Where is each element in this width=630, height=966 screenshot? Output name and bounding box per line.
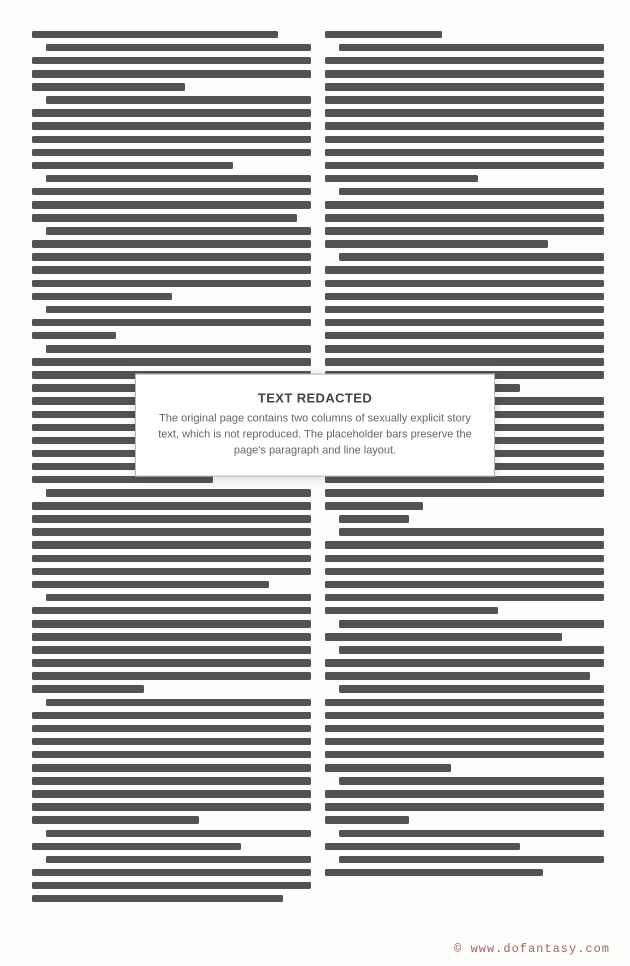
text-line-bar — [339, 188, 604, 196]
text-line-bar — [32, 214, 297, 222]
text-line-bar — [32, 332, 116, 340]
text-line-bar — [32, 201, 311, 209]
text-line-bar — [32, 685, 144, 693]
text-line-bar — [32, 712, 311, 720]
text-line-bar — [32, 803, 311, 811]
text-line-bar — [32, 633, 311, 641]
text-line-bar — [32, 83, 185, 91]
text-line-bar — [325, 214, 604, 222]
text-line-bar — [325, 699, 604, 707]
text-line-bar — [32, 476, 213, 484]
text-line-bar — [32, 280, 311, 288]
text-line-bar — [339, 830, 604, 838]
text-line-bar — [46, 96, 311, 104]
text-line-bar — [32, 725, 311, 733]
text-line-bar — [325, 109, 604, 117]
text-line-bar — [32, 31, 278, 39]
paragraph-redacted — [325, 41, 604, 185]
text-line-bar — [325, 607, 498, 615]
text-line-bar — [339, 856, 604, 864]
text-line-bar — [339, 620, 604, 628]
text-line-bar — [32, 764, 311, 772]
paragraph-redacted — [32, 303, 311, 342]
text-line-bar — [32, 869, 311, 877]
paragraph-redacted — [325, 28, 604, 41]
redaction-body: The original page contains two columns o… — [154, 412, 476, 460]
paragraph-redacted — [32, 853, 311, 905]
text-line-bar — [32, 502, 311, 510]
text-line-bar — [32, 149, 311, 157]
text-line-bar — [325, 122, 604, 130]
paragraph-redacted — [32, 486, 311, 591]
text-line-bar — [32, 555, 311, 563]
text-line-bar — [32, 293, 172, 301]
text-line-bar — [32, 790, 311, 798]
text-line-bar — [32, 751, 311, 759]
text-line-bar — [46, 594, 311, 602]
text-line-bar — [46, 227, 311, 235]
paragraph-redacted — [32, 696, 311, 827]
paragraph-redacted — [325, 774, 604, 826]
text-line-bar — [325, 751, 604, 759]
text-line-bar — [325, 136, 604, 144]
text-line-bar — [32, 515, 311, 523]
text-line-bar — [32, 109, 311, 117]
text-line-bar — [325, 568, 604, 576]
text-line-bar — [325, 594, 604, 602]
text-line-bar — [325, 790, 604, 798]
text-line-bar — [325, 57, 604, 65]
text-line-bar — [32, 777, 311, 785]
text-line-bar — [325, 306, 604, 314]
text-line-bar — [325, 738, 604, 746]
text-line-bar — [325, 201, 604, 209]
text-line-bar — [325, 227, 604, 235]
text-line-bar — [325, 175, 478, 183]
text-line-bar — [32, 319, 311, 327]
text-line-bar — [32, 607, 311, 615]
paragraph-redacted — [325, 512, 604, 525]
text-line-bar — [325, 149, 604, 157]
text-line-bar — [46, 699, 311, 707]
document-page: TEXT REDACTED The original page contains… — [0, 0, 630, 966]
text-line-bar — [32, 672, 311, 680]
text-line-bar — [339, 44, 604, 52]
paragraph-redacted — [325, 185, 604, 250]
text-line-bar — [325, 96, 604, 104]
text-line-bar — [325, 816, 409, 824]
text-line-bar — [32, 843, 241, 851]
paragraph-redacted — [325, 827, 604, 853]
text-line-bar — [339, 253, 604, 261]
text-line-bar — [325, 555, 604, 563]
text-line-bar — [325, 293, 604, 301]
text-line-bar — [325, 633, 562, 641]
text-line-bar — [32, 266, 311, 274]
paragraph-redacted — [32, 172, 311, 224]
text-line-bar — [32, 358, 311, 366]
text-line-bar — [325, 332, 604, 340]
text-line-bar — [339, 515, 409, 523]
text-line-bar — [325, 581, 604, 589]
text-line-bar — [32, 541, 311, 549]
paragraph-redacted — [32, 591, 311, 696]
text-line-bar — [46, 489, 311, 497]
redaction-notice: TEXT REDACTED The original page contains… — [135, 374, 495, 477]
text-line-bar — [325, 803, 604, 811]
paragraph-redacted — [325, 643, 604, 682]
text-line-bar — [32, 136, 311, 144]
text-line-bar — [32, 528, 311, 536]
paragraph-redacted — [325, 526, 604, 618]
paragraph-redacted — [325, 683, 604, 775]
text-line-bar — [32, 659, 311, 667]
text-line-bar — [46, 856, 311, 864]
paragraph-redacted — [32, 28, 311, 41]
text-line-bar — [32, 70, 311, 78]
text-line-bar — [32, 581, 269, 589]
text-line-bar — [32, 57, 311, 65]
text-line-bar — [325, 358, 604, 366]
text-line-bar — [325, 345, 604, 353]
text-line-bar — [325, 266, 604, 274]
text-line-bar — [325, 712, 604, 720]
text-line-bar — [325, 764, 451, 772]
text-line-bar — [325, 869, 543, 877]
paragraph-redacted — [32, 93, 311, 172]
text-line-bar — [32, 568, 311, 576]
text-line-bar — [325, 31, 442, 39]
paragraph-redacted — [325, 617, 604, 643]
text-line-bar — [32, 122, 311, 130]
text-line-bar — [325, 70, 604, 78]
text-line-bar — [339, 685, 604, 693]
text-line-bar — [339, 646, 604, 654]
text-line-bar — [325, 476, 604, 484]
text-line-bar — [32, 162, 233, 170]
text-line-bar — [32, 188, 311, 196]
copyright-watermark: © www.dofantasy.com — [454, 942, 610, 956]
paragraph-redacted — [32, 224, 311, 303]
text-line-bar — [46, 44, 311, 52]
text-line-bar — [32, 882, 311, 890]
text-line-bar — [46, 345, 311, 353]
text-line-bar — [32, 738, 311, 746]
text-line-bar — [325, 541, 604, 549]
paragraph-redacted — [32, 827, 311, 853]
text-line-bar — [325, 489, 604, 497]
redaction-title: TEXT REDACTED — [154, 391, 476, 406]
paragraph-redacted — [325, 853, 604, 879]
text-line-bar — [325, 319, 604, 327]
text-line-bar — [339, 777, 604, 785]
text-line-bar — [325, 83, 604, 91]
text-line-bar — [339, 528, 604, 536]
text-line-bar — [32, 646, 311, 654]
paragraph-redacted — [32, 41, 311, 93]
text-line-bar — [325, 240, 548, 248]
text-line-bar — [46, 830, 311, 838]
text-line-bar — [32, 816, 199, 824]
text-line-bar — [325, 162, 604, 170]
text-line-bar — [46, 306, 311, 314]
text-line-bar — [325, 843, 520, 851]
text-line-bar — [32, 240, 311, 248]
text-line-bar — [325, 659, 604, 667]
text-line-bar — [325, 672, 590, 680]
text-line-bar — [325, 725, 604, 733]
text-line-bar — [325, 502, 423, 510]
text-line-bar — [32, 620, 311, 628]
text-line-bar — [46, 175, 311, 183]
text-line-bar — [32, 253, 311, 261]
text-line-bar — [325, 280, 604, 288]
text-line-bar — [32, 895, 283, 903]
